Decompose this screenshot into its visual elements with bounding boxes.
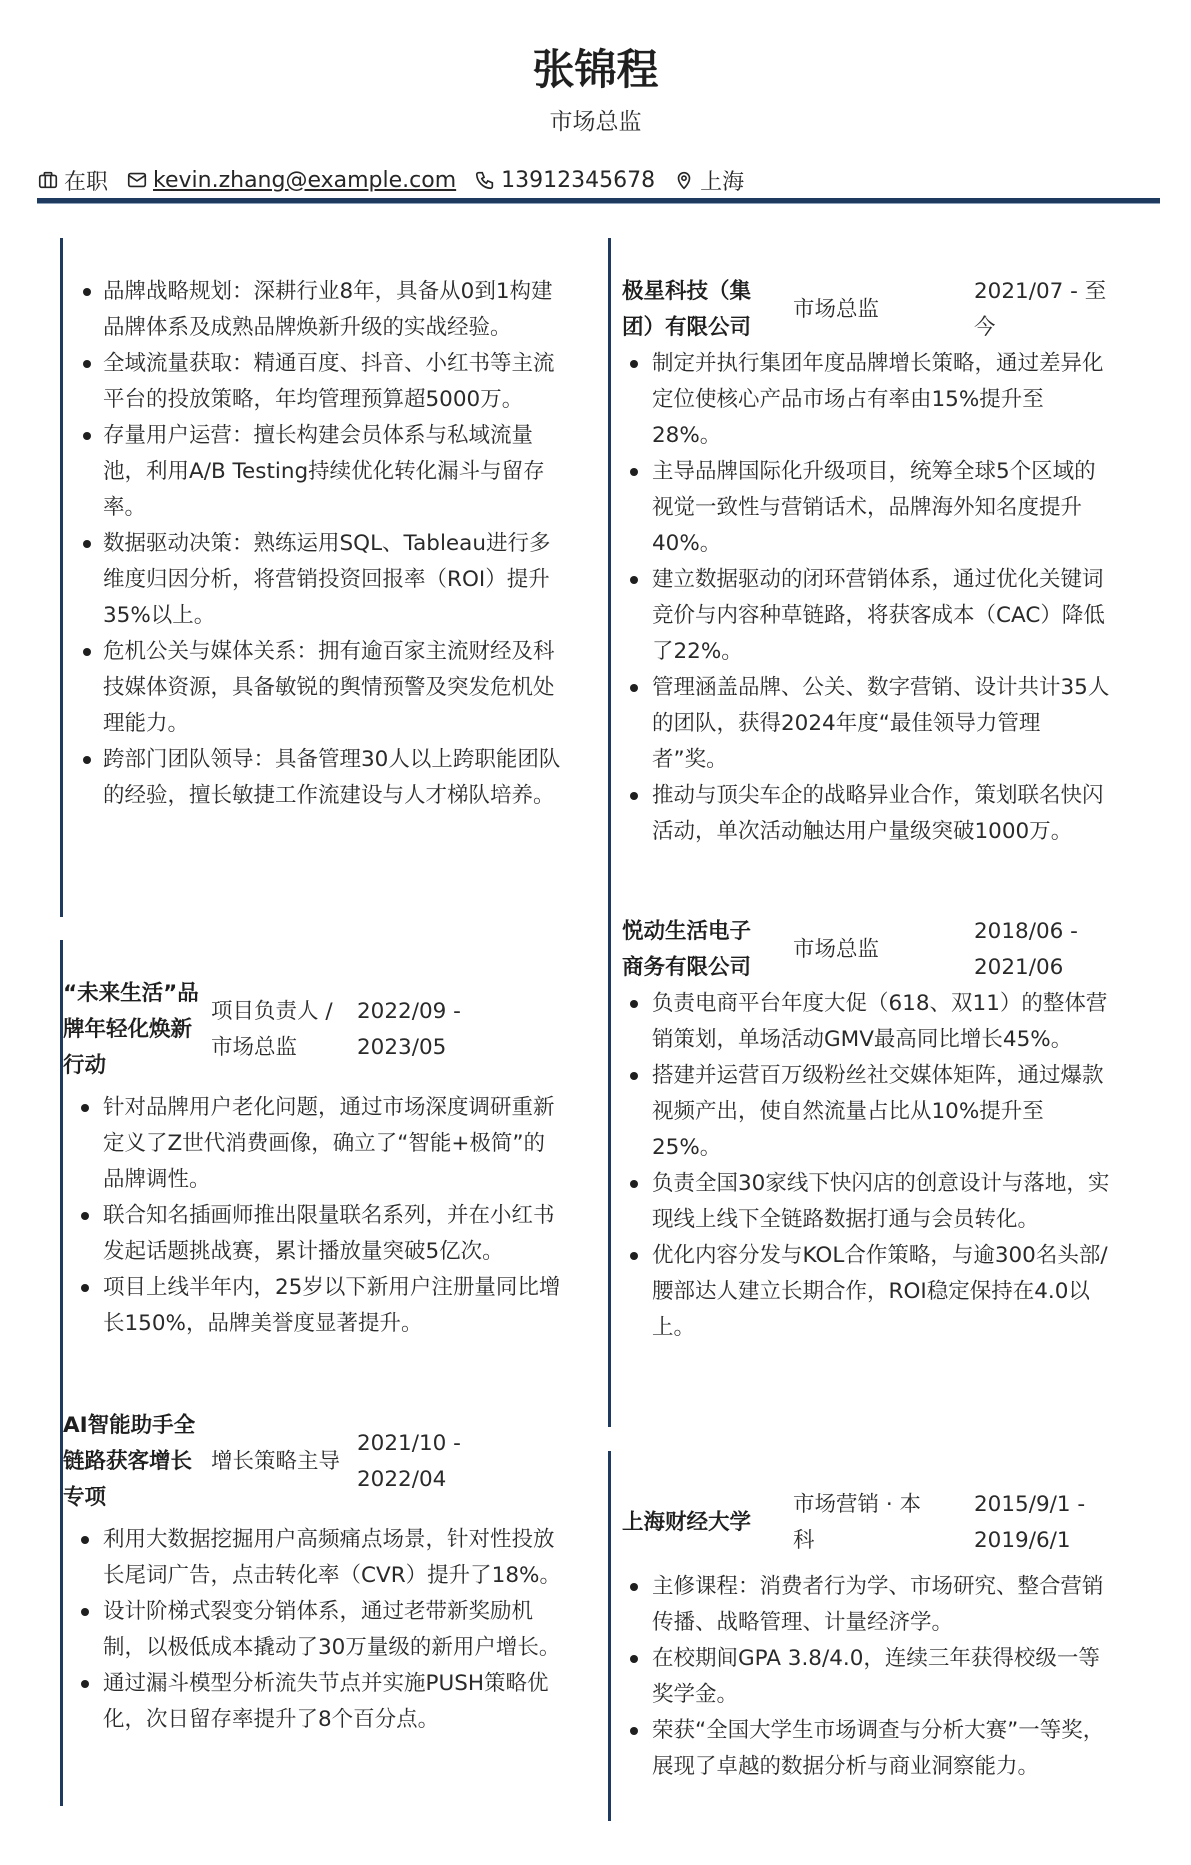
location-text: 上海 xyxy=(700,165,744,196)
summary-item: 全域流量获取：精通百度、抖音、小红书等主流平台的投放策略，年均管理预算超5000… xyxy=(103,346,563,418)
job-bullet: 负责全国30家线下快闪店的创意设计与落地，实现线上线下全链路数据打通与会员转化。 xyxy=(652,1166,1112,1238)
status-text: 在职 xyxy=(64,165,108,196)
summary-item: 存量用户运营：擅长构建会员体系与私域流量池，利用A/B Testing持续优化转… xyxy=(103,418,563,526)
contact-row: 在职 kevin.zhang@example.com 13912345678 上… xyxy=(37,164,762,196)
job-bullet: 主导品牌国际化升级项目，统筹全球5个区域的视觉一致性与营销话术，品牌海外知名度提… xyxy=(652,454,1112,562)
project-name: AI智能助手全链路获客增长专项 xyxy=(63,1408,209,1516)
project-header: AI智能助手全链路获客增长专项 xyxy=(63,1408,209,1516)
job-bullet: 管理涵盖品牌、公关、数字营销、设计共计35人的团队，获得2024年度“最佳领导力… xyxy=(652,670,1112,778)
education-bullet: 在校期间GPA 3.8/4.0，连续三年获得校级一等奖学金。 xyxy=(652,1641,1112,1713)
briefcase-icon xyxy=(37,169,59,191)
education-major: 市场营销 · 本科 xyxy=(793,1487,933,1559)
education-section: 上海财经大学 市场营销 · 本科 2015/9/1 - 2019/6/1 主修课… xyxy=(608,1451,1168,1821)
mail-icon xyxy=(126,169,148,191)
project-bullet: 针对品牌用户老化问题，通过市场深度调研重新定义了Z世代消费画像，确立了“智能+极… xyxy=(103,1090,563,1198)
job-bullet: 建立数据驱动的闭环营销体系，通过优化关键词竞价与内容种草链路，将获客成本（CAC… xyxy=(652,562,1112,670)
summary-section: 品牌战略规划：深耕行业8年，具备从0到1构建品牌体系及成熟品牌焕新升级的实战经验… xyxy=(60,238,570,917)
job-date: 2021/07 - 至今 xyxy=(974,274,1124,346)
candidate-name: 张锦程 xyxy=(0,44,1191,96)
project-bullet: 联合知名插画师推出限量联名系列，并在小红书发起话题挑战赛，累计播放量突破5亿次。 xyxy=(103,1198,563,1270)
projects-section: “未来生活”品牌年轻化焕新行动 项目负责人 / 市场总监 2022/09 - 2… xyxy=(60,940,570,1806)
school-name: 上海财经大学 xyxy=(622,1505,782,1541)
job-bullets: 负责电商平台年度大促（618、双11）的整体营销策划，单场活动GMV最高同比增长… xyxy=(652,986,1112,1346)
job-bullet: 负责电商平台年度大促（618、双11）的整体营销策划，单场活动GMV最高同比增长… xyxy=(652,986,1112,1058)
job-role: 市场总监 xyxy=(793,292,933,328)
phone-text: 13912345678 xyxy=(501,168,655,193)
contact-location: 上海 xyxy=(673,165,744,196)
summary-item: 跨部门团队领导：具备管理30人以上跨职能团队的经验，擅长敏捷工作流建设与人才梯队… xyxy=(103,742,563,814)
summary-list: 品牌战略规划：深耕行业8年，具备从0到1构建品牌体系及成熟品牌焕新升级的实战经验… xyxy=(103,274,563,814)
summary-item: 品牌战略规划：深耕行业8年，具备从0到1构建品牌体系及成熟品牌焕新升级的实战经验… xyxy=(103,274,563,346)
job-bullets: 制定并执行集团年度品牌增长策略，通过差异化定位使核心产品市场占有率由15%提升至… xyxy=(652,346,1112,850)
work-section: 极星科技（集团）有限公司 市场总监 2021/07 - 至今 制定并执行集团年度… xyxy=(608,238,1168,1427)
education-bullet: 荣获“全国大学生市场调查与分析大赛”一等奖，展现了卓越的数据分析与商业洞察能力。 xyxy=(652,1713,1112,1785)
header-divider-shadow xyxy=(37,203,1160,204)
project-role: 增长策略主导 xyxy=(211,1444,351,1480)
project-date: 2022/09 - 2023/05 xyxy=(357,994,477,1066)
project-bullet: 项目上线半年内，25岁以下新用户注册量同比增长150%，品牌美誉度显著提升。 xyxy=(103,1270,563,1342)
education-bullets: 主修课程：消费者行为学、市场研究、整合营销传播、战略管理、计量经济学。 在校期间… xyxy=(652,1569,1112,1785)
job-bullet: 推动与顶尖车企的战略异业合作，策划联名快闪活动，单次活动触达用户量级突破1000… xyxy=(652,778,1112,850)
project-header: “未来生活”品牌年轻化焕新行动 xyxy=(63,976,209,1084)
job-bullet: 优化内容分发与KOL合作策略，与逾300名头部/腰部达人建立长期合作，ROI稳定… xyxy=(652,1238,1112,1346)
job-bullet: 搭建并运营百万级粉丝社交媒体矩阵，通过爆款视频产出，使自然流量占比从10%提升至… xyxy=(652,1058,1112,1166)
candidate-title: 市场总监 xyxy=(0,106,1191,138)
project-bullets: 利用大数据挖掘用户高频痛点场景，针对性投放长尾词广告，点击转化率（CVR）提升了… xyxy=(103,1522,563,1738)
company-name: 悦动生活电子商务有限公司 xyxy=(622,914,772,986)
project-bullet: 利用大数据挖掘用户高频痛点场景，针对性投放长尾词广告，点击转化率（CVR）提升了… xyxy=(103,1522,563,1594)
contact-status: 在职 xyxy=(37,165,108,196)
summary-item: 危机公关与媒体关系：拥有逾百家主流财经及科技媒体资源，具备敏锐的舆情预警及突发危… xyxy=(103,634,563,742)
company-name: 极星科技（集团）有限公司 xyxy=(622,274,772,346)
project-role: 项目负责人 / 市场总监 xyxy=(211,994,349,1066)
education-date: 2015/9/1 - 2019/6/1 xyxy=(974,1487,1104,1559)
project-date: 2021/10 - 2022/04 xyxy=(357,1426,477,1498)
job-date: 2018/06 - 2021/06 xyxy=(974,914,1104,986)
summary-item: 数据驱动决策：熟练运用SQL、Tableau进行多维度归因分析，将营销投资回报率… xyxy=(103,526,563,634)
location-pin-icon xyxy=(673,169,695,191)
contact-email[interactable]: kevin.zhang@example.com xyxy=(126,168,456,193)
email-link[interactable]: kevin.zhang@example.com xyxy=(153,168,456,193)
project-bullet: 通过漏斗模型分析流失节点并实施PUSH策略优化，次日留存率提升了8个百分点。 xyxy=(103,1666,563,1738)
project-bullet: 设计阶梯式裂变分销体系，通过老带新奖励机制，以极低成本撬动了30万量级的新用户增… xyxy=(103,1594,563,1666)
job-role: 市场总监 xyxy=(793,932,933,968)
education-bullet: 主修课程：消费者行为学、市场研究、整合营销传播、战略管理、计量经济学。 xyxy=(652,1569,1112,1641)
contact-phone: 13912345678 xyxy=(474,168,655,193)
project-name: “未来生活”品牌年轻化焕新行动 xyxy=(63,976,209,1084)
phone-icon xyxy=(474,169,496,191)
project-bullets: 针对品牌用户老化问题，通过市场深度调研重新定义了Z世代消费画像，确立了“智能+极… xyxy=(103,1090,563,1342)
job-bullet: 制定并执行集团年度品牌增长策略，通过差异化定位使核心产品市场占有率由15%提升至… xyxy=(652,346,1112,454)
